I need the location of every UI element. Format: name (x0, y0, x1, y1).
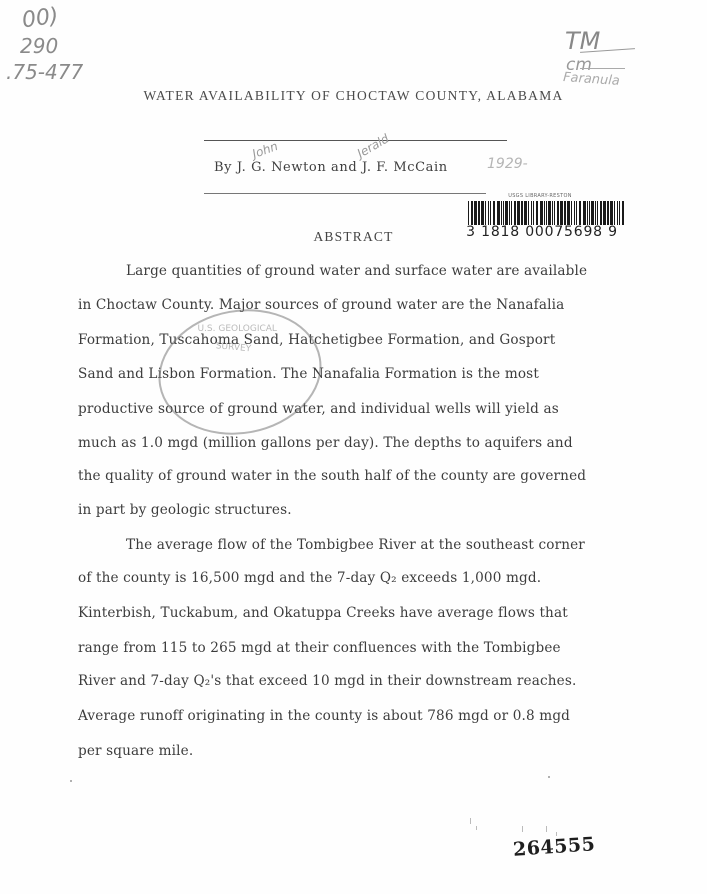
paragraph-2-line-4: range from 115 to 265 mgd at their confl… (78, 640, 561, 656)
paragraph-2-line-7: per square mile. (78, 743, 193, 759)
handwritten-year: 1929- (487, 156, 528, 172)
handwritten-note-top-right-3: Faranula (563, 70, 621, 89)
scan-dot (548, 776, 550, 778)
scan-dot (70, 780, 72, 782)
handwritten-note-top-left-2: 290 (20, 34, 58, 58)
paragraph-1-line-8: in part by geologic structures. (78, 502, 292, 518)
library-stamp: U.S. GEOLOGICAL SURVEY (148, 297, 331, 448)
accession-number: 264555 (512, 833, 596, 861)
handwritten-author-name-1: John (250, 139, 279, 161)
section-heading-abstract: ABSTRACT (0, 229, 707, 245)
handwritten-note-top-left-3: .75-477 (6, 60, 83, 84)
paragraph-2-line-2: of the county is 16,500 mgd and the 7-da… (78, 570, 541, 586)
byline: By J. G. Newton and J. F. McCain (214, 160, 448, 175)
paragraph-2-line-6: Average runoff originating in the county… (78, 708, 570, 724)
document-page: 00) 290 .75-477 TM cm Faranula WATER AVA… (0, 0, 707, 894)
handwritten-author-name-2: Jerald (355, 131, 392, 160)
barcode-library-label: USGS LIBRARY-RESTON (480, 193, 600, 199)
scan-speckle (476, 826, 477, 830)
divider-bottom (204, 193, 486, 194)
paragraph-1-line-7: the quality of ground water in the south… (78, 468, 586, 484)
paragraph-1-line-2: in Choctaw County. Major sources of grou… (78, 297, 564, 313)
paragraph-1-line-1: Large quantities of ground water and sur… (126, 263, 587, 279)
handwritten-underline (580, 68, 625, 69)
stamp-text-1: U.S. GEOLOGICAL (197, 324, 277, 334)
divider-top (204, 140, 507, 141)
scan-speckle (546, 826, 547, 832)
paragraph-2-line-3: Kinterbish, Tuckabum, and Okatuppa Creek… (78, 605, 568, 621)
handwritten-note-top-left-1: 00) (20, 4, 60, 34)
stamp-text-2: SURVEY (215, 341, 251, 354)
scan-speckle (522, 826, 523, 832)
scan-speckle (470, 818, 471, 824)
paragraph-2-line-1: The average flow of the Tombigbee River … (126, 537, 585, 553)
paragraph-2-line-5: River and 7-day Q₂'s that exceed 10 mgd … (78, 673, 576, 689)
paragraph-1-line-6: much as 1.0 mgd (million gallons per day… (78, 435, 573, 451)
document-title: WATER AVAILABILITY OF CHOCTAW COUNTY, AL… (0, 88, 707, 104)
barcode-bars-icon (468, 201, 628, 225)
